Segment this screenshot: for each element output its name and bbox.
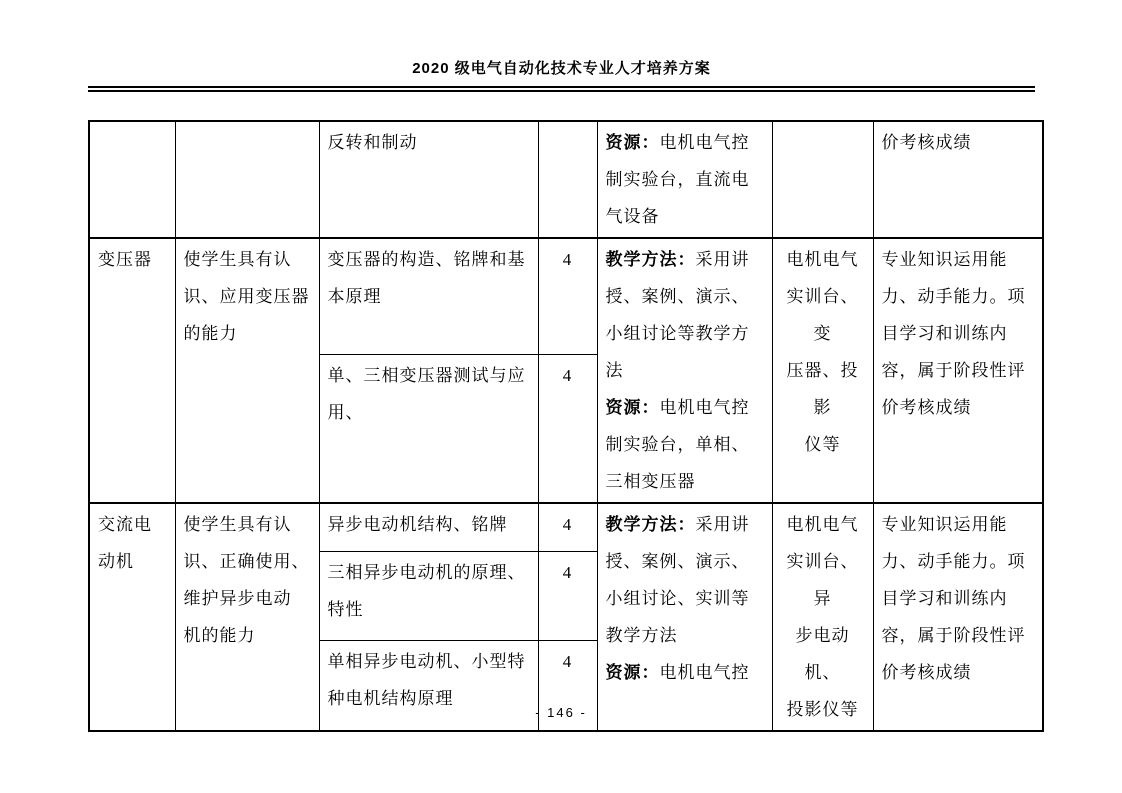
evaluation-cell: 价考核成绩 <box>873 121 1043 238</box>
equipment-cell-ac-motor: 电机电气 实训台、异 步电动机、 投影仪等 <box>772 503 873 731</box>
topic-cell: 异步电动机结构、铭牌 <box>319 503 538 551</box>
topic-cell: 单、三相变压器测试与应 用、 <box>319 355 538 503</box>
hours-cell: 4 <box>538 238 597 355</box>
ability-cell-transformer: 使学生具有认 识、应用变压器 的能力 <box>175 238 319 503</box>
ability-cell-empty <box>175 121 319 238</box>
resource-label: 资源： <box>606 663 660 682</box>
topic-cell: 三相异步电动机的原理、 特性 <box>319 551 538 641</box>
page-number: - 146 - <box>0 705 1122 720</box>
resource-label: 资源： <box>606 133 660 152</box>
header-double-rule <box>88 86 1035 92</box>
resource-label: 资源： <box>606 398 660 417</box>
topic-cell: 反转和制动 <box>319 121 538 238</box>
course-plan-table: 反转和制动 资源：电机电气控 制实验台，直流电 气设备 价考核成绩 变压器 使学… <box>88 120 1044 732</box>
module-cell-transformer: 变压器 <box>89 238 175 503</box>
ability-cell-ac-motor: 使学生具有认 识、正确使用、 维护异步电动 机的能力 <box>175 503 319 731</box>
method-resource-cell: 教学方法：采用讲 授、案例、演示、 小组讨论、实训等 教学方法 资源：电机电气控 <box>597 503 772 731</box>
hours-cell: 4 <box>538 503 597 551</box>
topic-cell: 变压器的构造、铭牌和基 本原理 <box>319 238 538 355</box>
method-label: 教学方法： <box>606 250 696 269</box>
table-row-transformer: 变压器 使学生具有认 识、应用变压器 的能力 变压器的构造、铭牌和基 本原理 4… <box>89 238 1043 355</box>
module-cell-ac-motor: 交流电 动机 <box>89 503 175 731</box>
method-label: 教学方法： <box>606 515 696 534</box>
document-page: 2020 级电气自动化技术专业人才培养方案 反转和制动 资源：电机电气控 制实验… <box>0 0 1122 793</box>
equipment-cell-transformer: 电机电气 实训台、变 压器、投影 仪等 <box>772 238 873 503</box>
method-resource-cell: 资源：电机电气控 制实验台，直流电 气设备 <box>597 121 772 238</box>
evaluation-cell-transformer: 专业知识运用能 力、动手能力。项 目学习和训练内 容，属于阶段性评 价考核成绩 <box>873 238 1043 503</box>
hours-cell: 4 <box>538 355 597 503</box>
equipment-cell-empty <box>772 121 873 238</box>
hours-cell-empty <box>538 121 597 238</box>
method-text: 采用讲 授、案例、演示、 小组讨论、实训等 教学方法 <box>606 515 750 645</box>
module-cell-empty <box>89 121 175 238</box>
method-text: 采用讲 授、案例、演示、 小组讨论等教学方 法 <box>606 250 750 380</box>
table-row-ac-motor: 交流电 动机 使学生具有认 识、正确使用、 维护异步电动 机的能力 异步电动机结… <box>89 503 1043 551</box>
hours-cell: 4 <box>538 551 597 641</box>
method-resource-cell: 教学方法：采用讲 授、案例、演示、 小组讨论等教学方 法 资源：电机电气控 制实… <box>597 238 772 503</box>
evaluation-cell-ac-motor: 专业知识运用能 力、动手能力。项 目学习和训练内 容，属于阶段性评 价考核成绩 <box>873 503 1043 731</box>
page-header-title: 2020 级电气自动化技术专业人才培养方案 <box>88 57 1035 78</box>
table-row-continuation: 反转和制动 资源：电机电气控 制实验台，直流电 气设备 价考核成绩 <box>89 121 1043 238</box>
resource-text: 电机电气控 <box>660 663 750 682</box>
